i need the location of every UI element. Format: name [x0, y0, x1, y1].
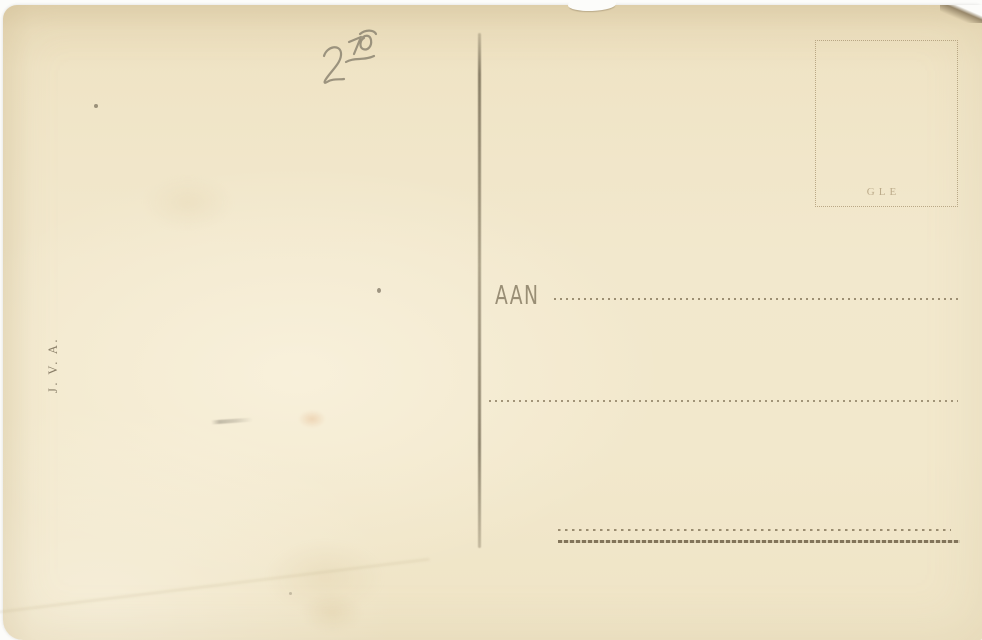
publisher-initials: J. V. A. [46, 319, 62, 411]
postcard-back: 2 70 GLE AAN J. V. A. [3, 5, 982, 640]
speck [289, 592, 292, 595]
speck [377, 288, 381, 293]
handwritten-price-text: 2 70 [302, 98, 303, 99]
stain [143, 175, 233, 230]
stain [298, 410, 326, 428]
paper-crease [0, 558, 429, 614]
stamp-box-label: GLE [816, 186, 951, 198]
handwritten-price: 2 70 [302, 22, 398, 98]
stain [301, 593, 363, 633]
speck [94, 104, 98, 108]
divider-line [478, 33, 481, 548]
stamp-box: GLE [815, 40, 958, 207]
torn-edge-notch [568, 0, 616, 12]
address-line-2 [489, 400, 958, 402]
address-line-4 [558, 540, 960, 543]
address-line-1 [554, 298, 958, 300]
pencil-smudge [211, 418, 253, 425]
handwritten-price-strokes [302, 22, 398, 98]
address-line-3 [558, 529, 951, 531]
bent-corner [940, 5, 982, 23]
address-to-label: AAN [495, 281, 539, 311]
